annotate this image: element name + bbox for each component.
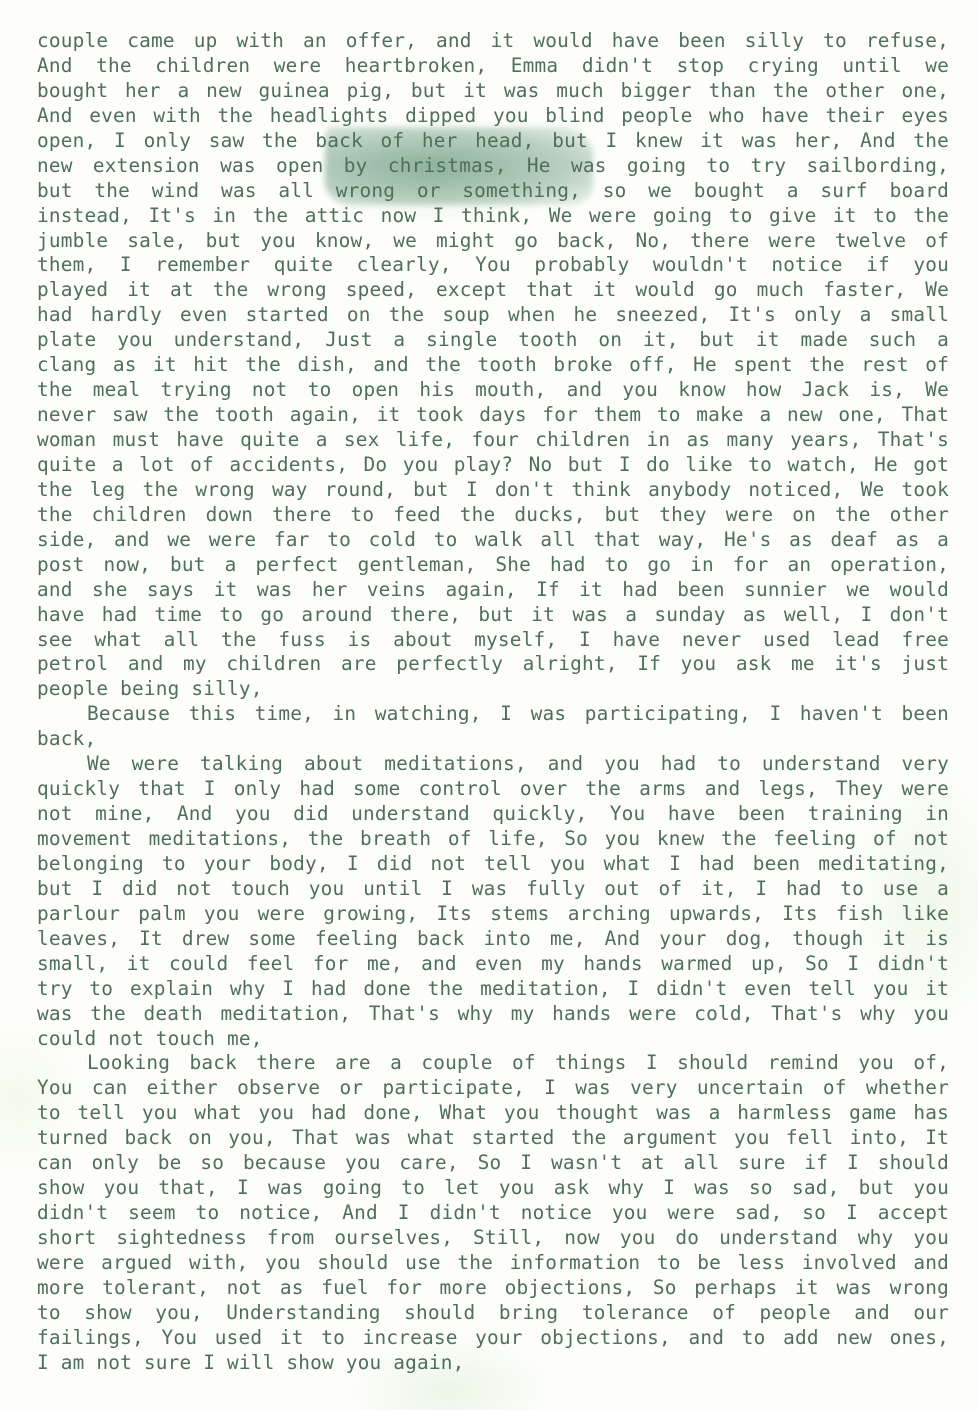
text-line: woman must have quite a sex life, four c…	[37, 428, 949, 453]
text-line: Because this time, in watching, I was pa…	[37, 702, 949, 727]
text-line: them, I remember quite clearly, You prob…	[37, 253, 949, 278]
text-line: new extension was open by christmas, He …	[37, 154, 949, 179]
text-line: leaves, It drew some feeling back into m…	[37, 927, 949, 952]
text-line: jumble sale, but you know, we might go b…	[37, 229, 949, 254]
text-line: petrol and my children are perfectly alr…	[37, 652, 949, 677]
text-line: quite a lot of accidents, Do you play? N…	[37, 453, 949, 478]
text-line: the children down there to feed the duck…	[37, 503, 949, 528]
text-line: instead, It's in the attic now I think, …	[37, 204, 949, 229]
text-line: plate you understand, Just a single toot…	[37, 328, 949, 353]
text-line: post now, but a perfect gentleman, She h…	[37, 553, 949, 578]
text-line: more tolerant, not as fuel for more obje…	[37, 1276, 949, 1301]
text-line: people being silly,	[37, 677, 949, 702]
text-line: open, I only saw the back of her head, b…	[37, 129, 949, 154]
text-line: try to explain why I had done the medita…	[37, 977, 949, 1002]
text-line: Looking back there are a couple of thing…	[37, 1051, 949, 1076]
text-line: have had time to go around there, but it…	[37, 603, 949, 628]
text-line: couple came up with an offer, and it wou…	[37, 29, 949, 54]
text-line: the meal trying not to open his mouth, a…	[37, 378, 949, 403]
text-line: small, it could feel for me, and even my…	[37, 952, 949, 977]
paragraph: We were talking about meditations, and y…	[37, 752, 949, 1051]
text-line: And the children were heartbroken, Emma …	[37, 54, 949, 79]
document-body: couple came up with an offer, and it wou…	[37, 29, 949, 1376]
paragraph: couple came up with an offer, and it wou…	[37, 29, 949, 702]
text-line: You can either observe or participate, I…	[37, 1076, 949, 1101]
text-line: bought her a new guinea pig, but it was …	[37, 79, 949, 104]
text-line: had hardly even started on the soup when…	[37, 303, 949, 328]
text-line: were argued with, you should use the inf…	[37, 1251, 949, 1276]
text-line: was the death meditation, That's why my …	[37, 1002, 949, 1027]
text-line: side, and we were far to cold to walk al…	[37, 528, 949, 553]
text-line: back,	[37, 727, 949, 752]
text-line: the leg the wrong way round, but I don't…	[37, 478, 949, 503]
text-line: quickly that I only had some control ove…	[37, 777, 949, 802]
text-line: movement meditations, the breath of life…	[37, 827, 949, 852]
text-line: never saw the tooth again, it took days …	[37, 403, 949, 428]
text-line: belonging to your body, I did not tell y…	[37, 852, 949, 877]
text-line: see what all the fuss is about myself, I…	[37, 628, 949, 653]
text-line: show you that, I was going to let you as…	[37, 1176, 949, 1201]
text-line: failings, You used it to increase your o…	[37, 1326, 949, 1351]
text-line: clang as it hit the dish, and the tooth …	[37, 353, 949, 378]
text-line: We were talking about meditations, and y…	[37, 752, 949, 777]
text-line: short sightedness from ourselves, Still,…	[37, 1226, 949, 1251]
text-line: can only be so because you care, So I wa…	[37, 1151, 949, 1176]
text-line: not mine, And you did understand quickly…	[37, 802, 949, 827]
text-line: didn't seem to notice, And I didn't noti…	[37, 1201, 949, 1226]
paragraph: Because this time, in watching, I was pa…	[37, 702, 949, 752]
text-line: but I did not touch you until I was full…	[37, 877, 949, 902]
paragraph: Looking back there are a couple of thing…	[37, 1051, 949, 1375]
scanned-page: couple came up with an offer, and it wou…	[0, 0, 978, 1410]
text-line: to tell you what you had done, What you …	[37, 1101, 949, 1126]
text-line: parlour palm you were growing, Its stems…	[37, 902, 949, 927]
text-line: turned back on you, That was what starte…	[37, 1126, 949, 1151]
text-line: but the wind was all wrong or something,…	[37, 179, 949, 204]
text-line: And even with the headlights dipped you …	[37, 104, 949, 129]
text-line: could not touch me,	[37, 1027, 949, 1052]
text-line: and she says it was her veins again, If …	[37, 578, 949, 603]
text-line: to show you, Understanding should bring …	[37, 1301, 949, 1326]
text-line: played it at the wrong speed, except tha…	[37, 278, 949, 303]
text-line: I am not sure I will show you again,	[37, 1351, 949, 1376]
